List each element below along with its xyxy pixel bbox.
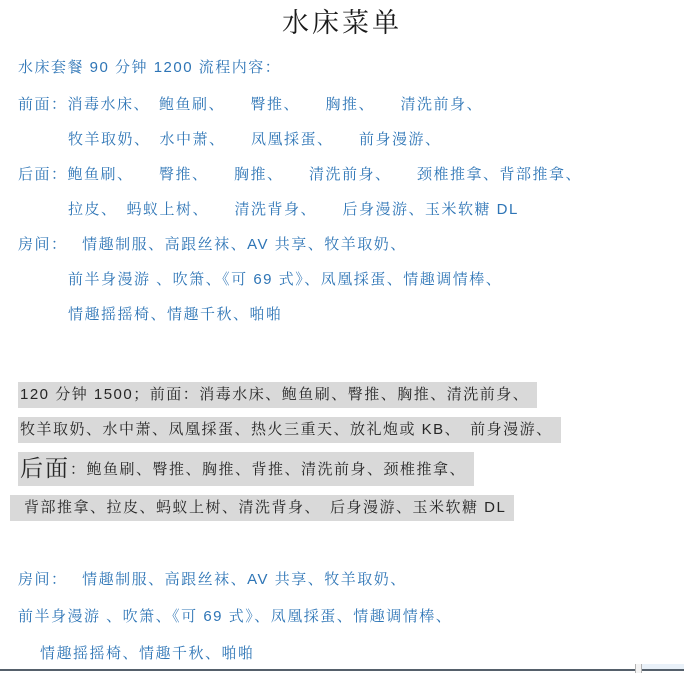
package-120-line-4: 背部推拿、拉皮、蚂蚁上树、清洗背身、 后身漫游、玉米软糖 DL — [18, 495, 684, 521]
package-120-line-1: 120 分钟 1500；前面：消毒水床、鲍鱼刷、臀推、胸推、清洗前身、 — [18, 382, 684, 408]
back-section-items: ：鲍鱼刷、臀推、胸推、背推、清洗前身、颈椎推拿、 — [70, 461, 466, 478]
package-90-heading: 水床套餐 90 分钟 1200 流程内容： — [18, 53, 684, 83]
package-90-room-line-2: 前半身漫游 、吹箫、《可 69 式》、凤凰採蛋、情趣调情棒、 — [18, 262, 684, 297]
section-room-120: 房间： 情趣制服、高跟丝袜、AV 共享、牧羊取奶、 前半身漫游 、吹箫、《可 6… — [18, 561, 684, 672]
package-90-room-line-3: 情趣摇摇椅、情趣千秋、啪啪 — [18, 297, 684, 332]
package-90-front-line-2: 牧羊取奶、 水中萧、 凤凰採蛋、 前身漫游、 — [18, 122, 684, 157]
bottom-divider-line — [0, 669, 684, 671]
back-section-label: 后面 — [20, 455, 70, 481]
package-90-back-line-2: 拉皮、 蚂蚁上树、 清洗背身、 后身漫游、玉米软糖 DL — [18, 192, 684, 227]
document-title: 水床菜单 — [0, 6, 684, 40]
package-120-line-2: 牧羊取奶、水中萧、凤凰採蛋、热火三重天、放礼炮或 KB、 前身漫游、 — [18, 417, 684, 443]
package-90-back-line-1: 后面：鲍鱼刷、 臀推、 胸推、 清洗前身、 颈椎推拿、背部推拿、 — [18, 157, 684, 192]
room-120-line-1: 房间： 情趣制服、高跟丝袜、AV 共享、牧羊取奶、 — [18, 561, 684, 598]
room-120-line-3: 情趣摇摇椅、情趣千秋、啪啪 — [18, 635, 684, 672]
section-package-90: 水床套餐 90 分钟 1200 流程内容： 前面：消毒水床、 鲍鱼刷、 臀推、 … — [18, 53, 684, 332]
highlighted-text: 背部推拿、拉皮、蚂蚁上树、清洗背身、 后身漫游、玉米软糖 DL — [10, 495, 514, 521]
highlighted-text: 后面：鲍鱼刷、臀推、胸推、背推、清洗前身、颈椎推拿、 — [18, 452, 474, 486]
section-package-120: 120 分钟 1500；前面：消毒水床、鲍鱼刷、臀推、胸推、清洗前身、 牧羊取奶… — [18, 382, 684, 521]
divider-tick-mark — [635, 664, 642, 673]
highlighted-text: 120 分钟 1500；前面：消毒水床、鲍鱼刷、臀推、胸推、清洗前身、 — [18, 382, 537, 408]
document-page: 水床菜单 水床套餐 90 分钟 1200 流程内容： 前面：消毒水床、 鲍鱼刷、… — [0, 0, 684, 677]
package-120-back-line: 后面：鲍鱼刷、臀推、胸推、背推、清洗前身、颈椎推拿、 — [18, 452, 684, 486]
package-90-room-line-1: 房间： 情趣制服、高跟丝袜、AV 共享、牧羊取奶、 — [18, 227, 684, 262]
room-120-line-2: 前半身漫游 、吹箫、《可 69 式》、凤凰採蛋、情趣调情棒、 — [18, 598, 684, 635]
package-90-front-line-1: 前面：消毒水床、 鲍鱼刷、 臀推、 胸推、 清洗前身、 — [18, 87, 684, 122]
highlighted-text: 牧羊取奶、水中萧、凤凰採蛋、热火三重天、放礼炮或 KB、 前身漫游、 — [18, 417, 561, 443]
